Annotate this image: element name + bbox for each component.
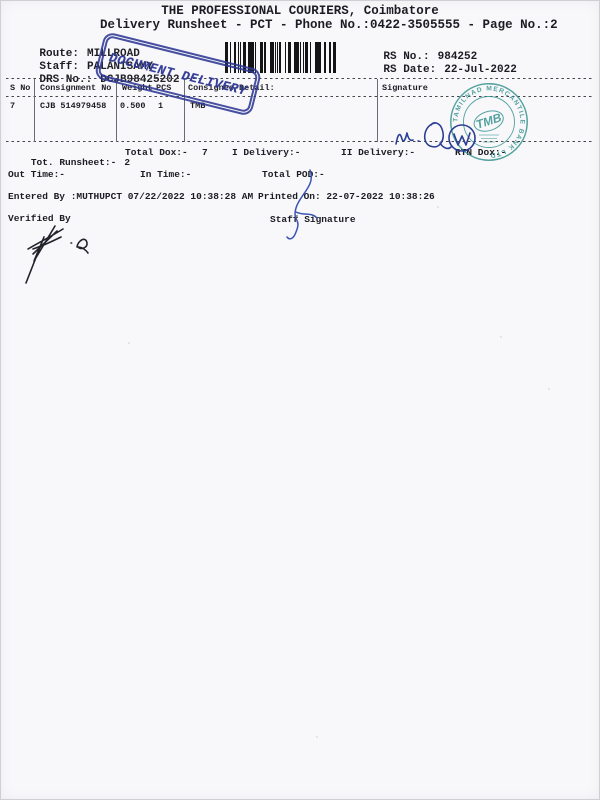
rs-date-label: RS Date: (383, 64, 436, 76)
col-header-sno: S No (10, 84, 30, 93)
cell-pcs: 1 (158, 102, 163, 111)
in-time-label: In Time:- (140, 170, 191, 180)
verified-by-signature (8, 220, 103, 288)
scan-speck (560, 96, 562, 98)
table-column-rule (116, 79, 117, 142)
dashed-divider (6, 78, 594, 80)
total-runsheet-value: 2 (124, 157, 130, 168)
entered-by-line: Entered By :MUTHUPCT 07/22/2022 10:38:28… (8, 192, 253, 202)
total-runsheet-label: Tot. Runsheet:- (31, 157, 117, 168)
rs-date-value: 22-Jul-2022 (444, 64, 517, 76)
scan-speck (128, 342, 130, 344)
page-subtitle: Delivery Runsheet - PCT - Phone No.:0422… (100, 19, 558, 33)
scan-speck (500, 336, 502, 338)
out-time-label: Out Time:- (8, 170, 65, 180)
total-dox-value: 7 (202, 148, 208, 158)
table-column-rule (377, 79, 378, 142)
staff-signature-scribble (266, 166, 336, 250)
cell-consignment: CJB 514979458 (40, 102, 106, 111)
handwritten-initials (390, 112, 485, 157)
cell-sno: 7 (10, 102, 15, 111)
scan-speck (437, 206, 439, 208)
total-dox-label: Total Dox:- (125, 148, 188, 158)
scan-speck (548, 388, 550, 390)
page-title: THE PROFESSIONAL COURIERS, Coimbatore (0, 5, 600, 19)
col-header-consignment: Consignment No (40, 84, 111, 93)
i-delivery-label: I Delivery:- (232, 148, 300, 158)
cell-weight: 0.500 (120, 102, 146, 111)
scan-speck (316, 736, 318, 738)
scanned-runsheet-page: THE PROFESSIONAL COURIERS, Coimbatore De… (0, 0, 600, 800)
table-column-rule (34, 79, 35, 142)
col-header-signature: Signature (382, 84, 428, 93)
